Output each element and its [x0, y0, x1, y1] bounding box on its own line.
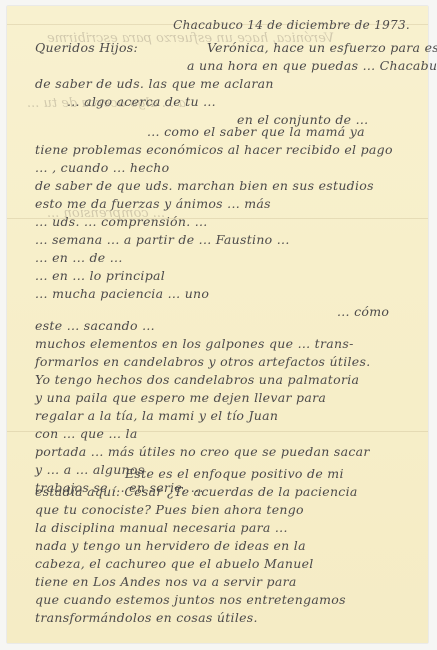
letter-line: la disciplina manual necesaria para ...: [35, 520, 288, 535]
letter-line: transformándolos en cosas útiles.: [35, 610, 258, 625]
letter-line: tiene en Los Andes nos va a servir para: [35, 574, 297, 589]
letter-line: esto me da fuerzas y ánimos ... más: [35, 196, 271, 211]
letter-line: ... uds. ... comprensión. ...: [35, 214, 208, 229]
letter-line: regalar a la tía, la mami y el tío Juan: [35, 408, 278, 423]
letter-line: Yo tengo hechos dos candelabros una palm…: [35, 372, 359, 387]
letter-line: con ... que ... la: [35, 426, 138, 441]
letter-line: portada ... más útiles no creo que se pu…: [35, 444, 370, 459]
letter-line: Queridos Hijos:: [35, 40, 138, 55]
letter-line: ... algo acerca de tu ...: [67, 94, 216, 109]
letter-line: tiene problemas económicos al hacer reci…: [35, 142, 393, 157]
letter-line: que cuando estemos juntos nos entretenga…: [35, 592, 346, 607]
letter-line: de saber de uds. las que me aclaran: [35, 76, 274, 91]
letter-line: este ... sacando ...: [35, 318, 155, 333]
letter-line: y una paila que espero me dejen llevar p…: [35, 390, 326, 405]
letter-line: Este es el enfoque positivo de mi: [125, 466, 344, 481]
letter-line: formarlos en candelabros y otros artefac…: [35, 354, 370, 369]
letter-line: a una hora en que puedas ... Chacabuco, …: [187, 58, 437, 73]
letter-line: que tu conociste? Pues bien ahora tengo: [35, 502, 304, 517]
letter-line: estadía aquí. César ¿Te acuerdas de la p…: [35, 484, 358, 499]
letter-line: ... semana ... a partir de ... Faustino …: [35, 232, 290, 247]
letter-line: ... cómo: [337, 304, 389, 319]
letter-line: ... mucha paciencia ... uno: [35, 286, 209, 301]
letter-page: Verónica, hace un esfuerzo para escribir…: [7, 6, 428, 643]
letter-date: Chacabuco 14 de diciembre de 1973.: [173, 18, 410, 32]
letter-line: ... , cuando ... hecho: [35, 160, 169, 175]
letter-line: nada y tengo un hervidero de ideas en la: [35, 538, 306, 553]
letter-line: Verónica, hace un esfuerzo para escribir…: [207, 40, 437, 55]
letter-line: cabeza, el cachureo que el abuelo Manuel: [35, 556, 314, 571]
letter-line: ... en ... lo principal: [35, 268, 165, 283]
letter-line: ... como el saber que la mamá ya: [147, 124, 365, 139]
letter-line: de saber de que uds. marchan bien en sus…: [35, 178, 374, 193]
letter-line: muchos elementos en los galpones que ...…: [35, 336, 354, 351]
letter-line: ... en ... de ...: [35, 250, 123, 265]
